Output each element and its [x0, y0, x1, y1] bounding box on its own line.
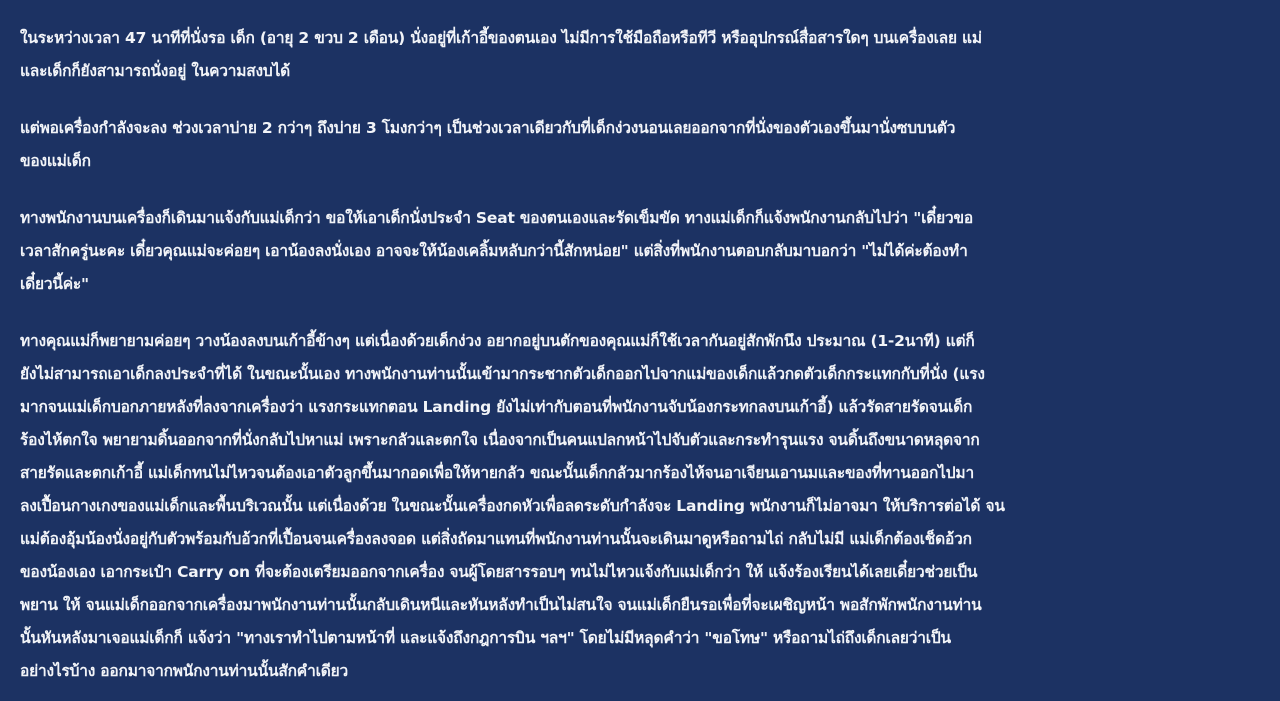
paragraph-descent: แต่พอเครื่องกำลังจะลง ช่วงเวลาบ่าย 2 กว่… — [20, 112, 1240, 178]
paragraph-staff-request: ทางพนักงานบนเครื่องก็เดินมาแจ้งกับแม่เด็… — [20, 202, 1240, 301]
text-line: ร้องไห้ตกใจ พยายามดิ้นออกจากที่นั่งกลับไ… — [20, 424, 1240, 457]
text-line: ในระหว่างเวลา 47 นาทีที่นั่งรอ เด็ก (อาย… — [20, 22, 1240, 55]
text-line: นั้นหันหลังมาเจอแม่เด็กก็ แจ้งว่า "ทางเร… — [20, 622, 1240, 655]
text-line: และเด็กก็ยังสามารถนั่งอยู่ ในความสงบได้ — [20, 55, 1240, 88]
paragraph-incident: ทางคุณแม่ก็พยายามค่อยๆ วางน้องลงบนเก้าอี… — [20, 325, 1240, 688]
text-line: ยังไม่สามารถเอาเด็กลงประจำที่ได้ ในขณะนั… — [20, 358, 1240, 391]
document-body: ในระหว่างเวลา 47 นาทีที่นั่งรอ เด็ก (อาย… — [0, 0, 1280, 688]
text-line: อย่างไรบ้าง ออกมาจากพนักงานท่านนั้นสักคำ… — [20, 655, 1240, 688]
text-line: ของแม่เด็ก — [20, 145, 1240, 178]
text-line: สายรัดและตกเก้าอี้ แม่เด็กทนไม่ไหวจนต้อง… — [20, 457, 1240, 490]
text-line: ลงเปื้อนกางเกงของแม่เด็กและพื้นบริเวณนั้… — [20, 490, 1240, 523]
text-line: เดี๋ยวนี้ค่ะ" — [20, 268, 1240, 301]
text-line: เวลาสักครู่นะคะ เดี๋ยวคุณแม่จะค่อยๆ เอาน… — [20, 235, 1240, 268]
text-line: แม่ต้องอุ้มน้องนั่งอยู่กับตัวพร้อมกับอ้ว… — [20, 523, 1240, 556]
text-line: ของน้องเอง เอากระเป๋า Carry on ที่จะต้อง… — [20, 556, 1240, 589]
text-line: ทางพนักงานบนเครื่องก็เดินมาแจ้งกับแม่เด็… — [20, 202, 1240, 235]
text-line: พยาน ให้ จนแม่เด็กออกจากเครื่องมาพนักงาน… — [20, 589, 1240, 622]
text-line: ทางคุณแม่ก็พยายามค่อยๆ วางน้องลงบนเก้าอี… — [20, 325, 1240, 358]
text-line: มากจนแม่เด็กบอกภายหลังที่ลงจากเครื่องว่า… — [20, 391, 1240, 424]
paragraph-waiting: ในระหว่างเวลา 47 นาทีที่นั่งรอ เด็ก (อาย… — [20, 22, 1240, 88]
text-line: แต่พอเครื่องกำลังจะลง ช่วงเวลาบ่าย 2 กว่… — [20, 112, 1240, 145]
